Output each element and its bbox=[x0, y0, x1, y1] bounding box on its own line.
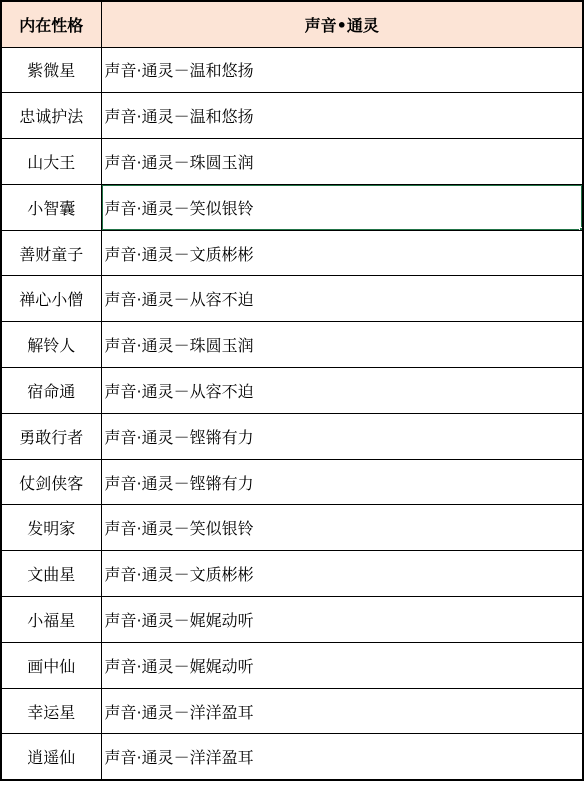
voice-label: 声音·通灵－娓娓动听 bbox=[105, 611, 254, 630]
voice-label: 声音·通灵－铿锵有力 bbox=[105, 474, 254, 493]
table-row: 幸运星 声音·通灵－洋洋盈耳 bbox=[1, 688, 583, 734]
personality-label: 发明家 bbox=[27, 519, 75, 538]
personality-cell[interactable]: 幸运星 bbox=[1, 688, 101, 734]
personality-cell[interactable]: 文曲星 bbox=[1, 551, 101, 597]
personality-label: 仗剑侠客 bbox=[19, 474, 83, 493]
voice-cell[interactable]: 声音·通灵－笑似银铃 bbox=[101, 184, 583, 230]
voice-label: 声音·通灵－笑似银铃 bbox=[105, 519, 254, 538]
table-row: 宿命通 声音·通灵－从容不迫 bbox=[1, 368, 583, 414]
voice-cell[interactable]: 声音·通灵－珠圆玉润 bbox=[101, 322, 583, 368]
table-row: 仗剑侠客 声音·通灵－铿锵有力 bbox=[1, 459, 583, 505]
personality-label: 善财童子 bbox=[19, 245, 83, 264]
voice-label: 声音·通灵－温和悠扬 bbox=[105, 107, 254, 126]
table-row: 解铃人 声音·通灵－珠圆玉润 bbox=[1, 322, 583, 368]
personality-label: 山大王 bbox=[27, 153, 75, 172]
table-row: 紫微星 声音·通灵－温和悠扬 bbox=[1, 47, 583, 93]
voice-cell[interactable]: 声音·通灵－温和悠扬 bbox=[101, 47, 583, 93]
personality-cell[interactable]: 忠诚护法 bbox=[1, 93, 101, 139]
personality-label: 宿命通 bbox=[27, 382, 75, 401]
header-cell-voice[interactable]: 声音•通灵 bbox=[101, 1, 583, 47]
voice-cell[interactable]: 声音·通灵－洋洋盈耳 bbox=[101, 734, 583, 780]
table-row: 禅心小僧 声音·通灵－从容不迫 bbox=[1, 276, 583, 322]
voice-label: 声音·通灵－珠圆玉润 bbox=[105, 153, 254, 172]
personality-cell[interactable]: 善财童子 bbox=[1, 230, 101, 276]
table-row: 画中仙 声音·通灵－娓娓动听 bbox=[1, 642, 583, 688]
personality-cell[interactable]: 小智囊 bbox=[1, 184, 101, 230]
personality-label: 解铃人 bbox=[27, 336, 75, 355]
voice-label: 声音·通灵－文质彬彬 bbox=[105, 565, 254, 584]
voice-cell[interactable]: 声音·通灵－笑似银铃 bbox=[101, 505, 583, 551]
voice-label: 声音·通灵－从容不迫 bbox=[105, 382, 254, 401]
personality-label: 文曲星 bbox=[27, 565, 75, 584]
personality-label: 幸运星 bbox=[27, 703, 75, 722]
voice-label: 声音·通灵－铿锵有力 bbox=[105, 428, 254, 447]
voice-label: 声音·通灵－温和悠扬 bbox=[105, 61, 254, 80]
personality-label: 禅心小僧 bbox=[19, 290, 83, 309]
voice-cell[interactable]: 声音·通灵－铿锵有力 bbox=[101, 459, 583, 505]
personality-cell[interactable]: 勇敢行者 bbox=[1, 413, 101, 459]
personality-label: 紫微星 bbox=[27, 61, 75, 80]
personality-cell[interactable]: 逍遥仙 bbox=[1, 734, 101, 780]
voice-label: 声音·通灵－洋洋盈耳 bbox=[105, 703, 254, 722]
voice-cell[interactable]: 声音·通灵－珠圆玉润 bbox=[101, 139, 583, 185]
personality-cell[interactable]: 紫微星 bbox=[1, 47, 101, 93]
table-row: 小福星 声音·通灵－娓娓动听 bbox=[1, 597, 583, 643]
voice-label: 声音·通灵－娓娓动听 bbox=[105, 657, 254, 676]
personality-label: 画中仙 bbox=[27, 657, 75, 676]
personality-cell[interactable]: 发明家 bbox=[1, 505, 101, 551]
table-row: 文曲星 声音·通灵－文质彬彬 bbox=[1, 551, 583, 597]
voice-cell[interactable]: 声音·通灵－文质彬彬 bbox=[101, 551, 583, 597]
header-cell-personality[interactable]: 内在性格 bbox=[1, 1, 101, 47]
voice-label: 声音·通灵－笑似银铃 bbox=[105, 199, 254, 218]
personality-cell[interactable]: 解铃人 bbox=[1, 322, 101, 368]
table-row: 山大王 声音·通灵－珠圆玉润 bbox=[1, 139, 583, 185]
table-row: 逍遥仙 声音·通灵－洋洋盈耳 bbox=[1, 734, 583, 780]
voice-cell[interactable]: 声音·通灵－娓娓动听 bbox=[101, 597, 583, 643]
personality-cell[interactable]: 山大王 bbox=[1, 139, 101, 185]
voice-cell[interactable]: 声音·通灵－洋洋盈耳 bbox=[101, 688, 583, 734]
personality-label: 小福星 bbox=[27, 611, 75, 630]
personality-label: 忠诚护法 bbox=[19, 107, 83, 126]
personality-cell[interactable]: 宿命通 bbox=[1, 368, 101, 414]
personality-label: 勇敢行者 bbox=[19, 428, 83, 447]
voice-label: 声音·通灵－从容不迫 bbox=[105, 290, 254, 309]
personality-label: 逍遥仙 bbox=[27, 748, 75, 767]
header-row: 内在性格 声音•通灵 bbox=[1, 1, 583, 47]
voice-cell[interactable]: 声音·通灵－温和悠扬 bbox=[101, 93, 583, 139]
personality-cell[interactable]: 禅心小僧 bbox=[1, 276, 101, 322]
character-voice-table: 内在性格 声音•通灵 紫微星 声音·通灵－温和悠扬 忠诚护法 声音·通灵－温和悠… bbox=[0, 0, 584, 781]
voice-cell[interactable]: 声音·通灵－从容不迫 bbox=[101, 276, 583, 322]
table-row: 勇敢行者 声音·通灵－铿锵有力 bbox=[1, 413, 583, 459]
voice-label: 声音·通灵－洋洋盈耳 bbox=[105, 748, 254, 767]
personality-cell[interactable]: 画中仙 bbox=[1, 642, 101, 688]
fill-handle[interactable] bbox=[579, 227, 583, 231]
table-body: 紫微星 声音·通灵－温和悠扬 忠诚护法 声音·通灵－温和悠扬 山大王 声音·通灵… bbox=[1, 47, 583, 780]
voice-cell[interactable]: 声音·通灵－娓娓动听 bbox=[101, 642, 583, 688]
table-row: 小智囊 声音·通灵－笑似银铃 bbox=[1, 184, 583, 230]
voice-cell[interactable]: 声音·通灵－铿锵有力 bbox=[101, 413, 583, 459]
personality-label: 小智囊 bbox=[27, 199, 75, 218]
voice-cell[interactable]: 声音·通灵－从容不迫 bbox=[101, 368, 583, 414]
personality-cell[interactable]: 仗剑侠客 bbox=[1, 459, 101, 505]
voice-label: 声音·通灵－珠圆玉润 bbox=[105, 336, 254, 355]
personality-cell[interactable]: 小福星 bbox=[1, 597, 101, 643]
voice-label: 声音·通灵－文质彬彬 bbox=[105, 245, 254, 264]
table-row: 善财童子 声音·通灵－文质彬彬 bbox=[1, 230, 583, 276]
spreadsheet-canvas: 内在性格 声音•通灵 紫微星 声音·通灵－温和悠扬 忠诚护法 声音·通灵－温和悠… bbox=[0, 0, 587, 785]
table-row: 忠诚护法 声音·通灵－温和悠扬 bbox=[1, 93, 583, 139]
table-row: 发明家 声音·通灵－笑似银铃 bbox=[1, 505, 583, 551]
voice-cell[interactable]: 声音·通灵－文质彬彬 bbox=[101, 230, 583, 276]
